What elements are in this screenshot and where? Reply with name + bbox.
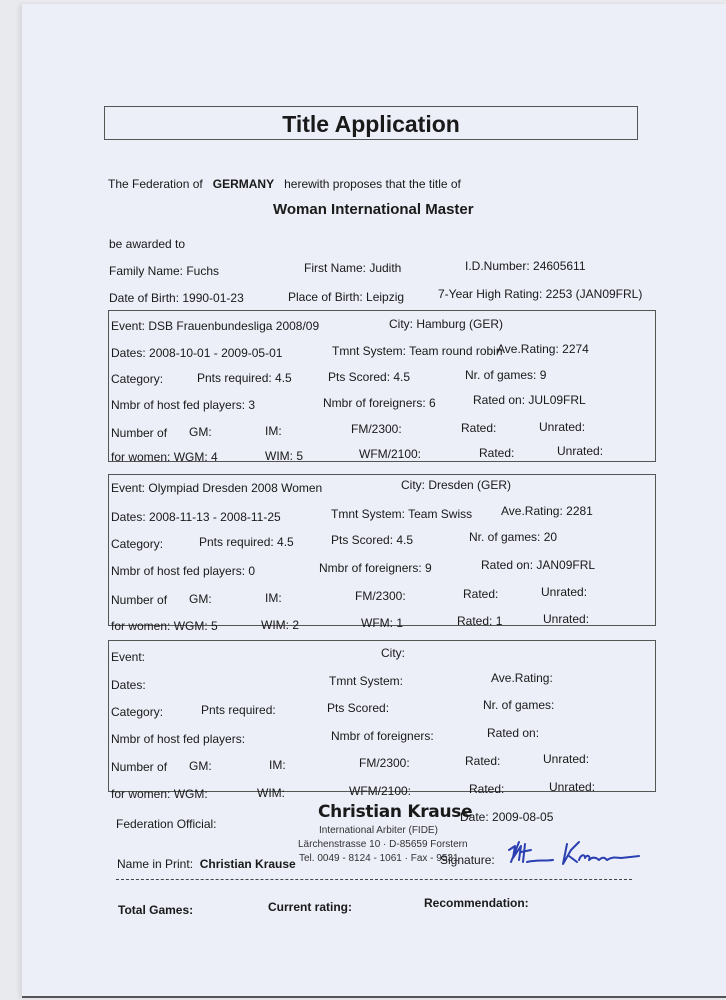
event-rated-on: Rated on: JUL09FRL — [473, 393, 586, 407]
event-pnts-required: Pnts required: 4.5 — [199, 535, 294, 549]
wfm-count: WFM/2100: — [359, 447, 421, 461]
stamp-role: International Arbiter (FIDE) — [319, 825, 438, 836]
event-nr-games: Nr. of games: 9 — [465, 368, 546, 382]
signature-icon — [505, 836, 645, 870]
document-title: Title Application — [105, 111, 637, 138]
event-city: City: Hamburg (GER) — [389, 317, 503, 331]
im-count: IM: — [269, 758, 286, 772]
federation-official-label: Federation Official: — [116, 817, 217, 831]
rated-count: Rated: — [465, 754, 500, 768]
women-unrated-count: Unrated: — [543, 612, 589, 626]
women-unrated-count: Unrated: — [557, 444, 603, 458]
number-of-label: Number of — [111, 426, 167, 440]
official-date: Date: 2009-08-05 — [460, 810, 553, 824]
event-rated-on: Rated on: JAN09FRL — [481, 558, 595, 572]
stamp-address: Lärchenstrasse 10 · D-85659 Forstern — [298, 839, 468, 850]
date-of-birth: Date of Birth: 1990-01-23 — [109, 291, 244, 305]
im-count: IM: — [265, 424, 282, 438]
event-foreigners: Nmbr of foreigners: 9 — [319, 561, 432, 575]
rated-count: Rated: — [461, 421, 496, 435]
gm-count: GM: — [189, 759, 212, 773]
current-rating-label: Current rating: — [268, 900, 352, 914]
event-box-1: Event: DSB Frauenbundesliga 2008/09 City… — [108, 310, 656, 462]
wgm-count: for women: WGM: 4 — [111, 450, 218, 464]
event-dates: Dates: 2008-11-13 - 2008-11-25 — [111, 510, 281, 524]
title-awarded: Woman International Master — [273, 201, 474, 218]
event-box-2: Event: Olympiad Dresden 2008 Women City:… — [108, 474, 656, 626]
event-category: Category: — [111, 537, 163, 551]
women-rated-count: Rated: — [469, 782, 504, 796]
event-ave-rating: Ave.Rating: 2274 — [497, 342, 589, 356]
federation-line: The Federation of GERMANY herewith propo… — [108, 177, 461, 191]
im-count: IM: — [265, 591, 282, 605]
wgm-count: for women: WGM: 5 — [111, 619, 218, 633]
high-rating: 7-Year High Rating: 2253 (JAN09FRL) — [438, 287, 642, 301]
number-of-label: Number of — [111, 760, 167, 774]
women-unrated-count: Unrated: — [549, 780, 595, 794]
event-name: Event: Olympiad Dresden 2008 Women — [111, 481, 322, 495]
event-foreigners: Nmbr of foreigners: — [331, 729, 434, 743]
event-pnts-required: Pnts required: 4.5 — [197, 371, 292, 385]
divider-line — [116, 879, 632, 880]
family-name: Family Name: Fuchs — [109, 264, 219, 278]
unrated-count: Unrated: — [543, 752, 589, 766]
recommendation-label: Recommendation: — [424, 896, 529, 910]
wfm-count: WFM: 1 — [361, 616, 403, 630]
wim-count: WIM: 2 — [261, 618, 299, 632]
stamp-phone: Tel. 0049 - 8124 - 1061 · Fax - 9531 — [299, 853, 459, 864]
event-category: Category: — [111, 705, 163, 719]
id-number: I.D.Number: 24605611 — [465, 259, 586, 273]
women-rated-count: Rated: 1 — [457, 614, 502, 628]
place-of-birth: Place of Birth: Leipzig — [288, 290, 404, 304]
event-city: City: — [381, 646, 405, 660]
number-of-label: Number of — [111, 593, 167, 607]
unrated-count: Unrated: — [541, 585, 587, 599]
event-host-fed: Nmbr of host fed players: 0 — [111, 564, 255, 578]
event-ave-rating: Ave.Rating: 2281 — [501, 504, 593, 518]
wgm-count: for women: WGM: — [111, 787, 208, 801]
title-box: Title Application — [104, 106, 638, 140]
event-foreigners: Nmbr of foreigners: 6 — [323, 396, 436, 410]
event-pnts-required: Pnts required: — [201, 703, 276, 717]
event-box-3: Event: City: Dates: Tmnt System: Ave.Rat… — [108, 640, 656, 792]
event-name: Event: — [111, 650, 145, 664]
signature-label: Signature: — [440, 853, 495, 867]
wfm-count: WFM/2100: — [349, 784, 411, 798]
event-host-fed: Nmbr of host fed players: — [111, 732, 245, 746]
name-in-print-row: Name in Print: Christian Krause — [117, 857, 296, 871]
fm-count: FM/2300: — [351, 422, 402, 436]
event-city: City: Dresden (GER) — [401, 478, 511, 492]
name-in-print: Christian Krause — [200, 857, 296, 871]
rated-count: Rated: — [463, 587, 498, 601]
stamp-name: Christian Krause — [318, 802, 472, 822]
event-pts-scored: Pts Scored: 4.5 — [331, 533, 413, 547]
gm-count: GM: — [189, 592, 212, 606]
wim-count: WIM: 5 — [265, 449, 303, 463]
event-pts-scored: Pts Scored: — [327, 701, 389, 715]
fm-count: FM/2300: — [359, 756, 410, 770]
event-rated-on: Rated on: — [487, 726, 539, 740]
event-nr-games: Nr. of games: — [483, 698, 554, 712]
event-dates: Dates: 2008-10-01 - 2009-05-01 — [111, 346, 282, 360]
total-games-label: Total Games: — [118, 903, 193, 917]
gm-count: GM: — [189, 425, 212, 439]
wim-count: WIM: — [257, 786, 285, 800]
fm-count: FM/2300: — [355, 589, 406, 603]
federation-name: GERMANY — [213, 177, 274, 191]
event-name: Event: DSB Frauenbundesliga 2008/09 — [111, 319, 319, 333]
first-name: First Name: Judith — [304, 261, 401, 275]
event-tmnt-system: Tmnt System: Team Swiss — [331, 507, 472, 521]
event-ave-rating: Ave.Rating: — [491, 671, 553, 685]
event-category: Category: — [111, 372, 163, 386]
awarded-to: be awarded to — [109, 237, 185, 251]
unrated-count: Unrated: — [539, 420, 585, 434]
women-rated-count: Rated: — [479, 446, 514, 460]
event-tmnt-system: Tmnt System: — [329, 674, 403, 688]
event-tmnt-system: Tmnt System: Team round robin — [332, 344, 503, 358]
event-nr-games: Nr. of games: 20 — [469, 530, 557, 544]
event-pts-scored: Pts Scored: 4.5 — [328, 370, 410, 384]
event-dates: Dates: — [111, 678, 146, 692]
event-host-fed: Nmbr of host fed players: 3 — [111, 398, 255, 412]
